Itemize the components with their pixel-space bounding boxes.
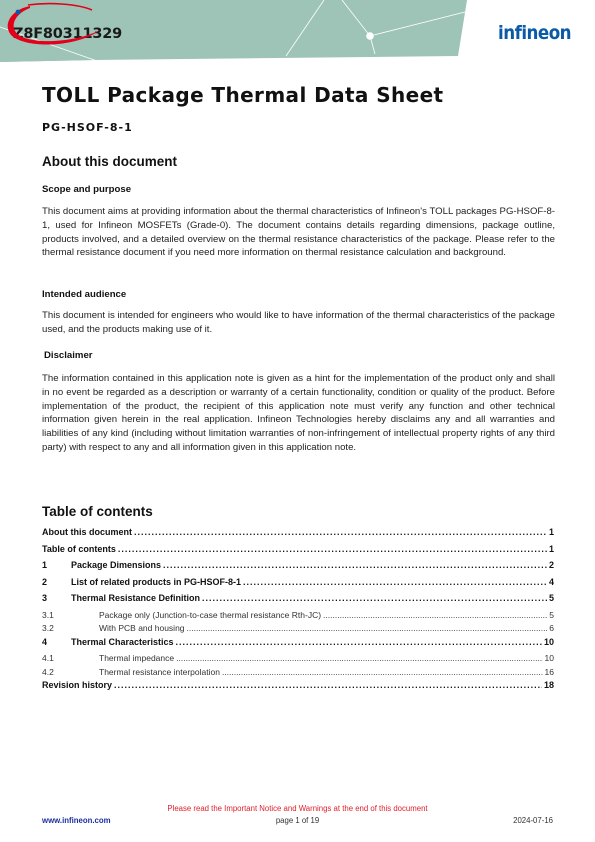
- disclaimer-heading: Disclaimer: [44, 350, 93, 361]
- toc-entry[interactable]: 3.1Package only (Junction-to-case therma…: [42, 610, 554, 624]
- document-date: 2024-07-16: [513, 816, 553, 825]
- toc-leader-dots: [243, 577, 547, 587]
- toc-entry-page: 10: [545, 653, 554, 663]
- toc-entry[interactable]: About this document1: [42, 527, 554, 544]
- page-number: page 1 of 19: [0, 816, 595, 825]
- toc-entry-page: 6: [549, 623, 554, 633]
- toc-entry-number: 3.2: [42, 623, 99, 633]
- table-of-contents: About this document1Table of contents11P…: [42, 527, 554, 697]
- toc-heading: Table of contents: [42, 504, 153, 519]
- important-notice: Please read the Important Notice and War…: [0, 804, 595, 813]
- toc-entry-page: 16: [545, 667, 554, 677]
- toc-entry-number: 3: [42, 593, 71, 603]
- toc-entry-label[interactable]: With PCB and housing: [99, 623, 185, 633]
- toc-leader-dots: [222, 667, 543, 677]
- audience-text: This document is intended for engineers …: [42, 309, 555, 337]
- toc-entry-number: 4.2: [42, 667, 99, 677]
- toc-leader-dots: [114, 680, 542, 690]
- toc-leader-dots: [176, 637, 542, 647]
- toc-entry-page: 5: [549, 593, 554, 603]
- logo-text: infineon: [498, 22, 571, 44]
- toc-entry[interactable]: Table of contents1: [42, 544, 554, 561]
- toc-leader-dots: [323, 610, 547, 620]
- toc-entry-page: 18: [544, 680, 554, 690]
- infineon-logo-icon: [0, 0, 102, 48]
- toc-entry-label[interactable]: Package only (Junction-to-case thermal r…: [99, 610, 321, 620]
- disclaimer-text: The information contained in this applic…: [42, 372, 555, 455]
- document-title: TOLL Package Thermal Data Sheet: [42, 83, 444, 107]
- toc-entry-page: 4: [549, 577, 554, 587]
- audience-heading: Intended audience: [42, 289, 126, 300]
- toc-entry-label[interactable]: Thermal Resistance Definition: [71, 593, 200, 603]
- toc-entry[interactable]: 4Thermal Characteristics10: [42, 637, 554, 654]
- scope-text: This document aims at providing informat…: [42, 205, 555, 260]
- toc-entry-page: 10: [544, 637, 554, 647]
- header-banner: Z8F80311329 infineon: [0, 0, 595, 66]
- toc-entry[interactable]: 3.2With PCB and housing6: [42, 623, 554, 637]
- scope-heading: Scope and purpose: [42, 184, 131, 195]
- about-heading: About this document: [42, 154, 177, 169]
- toc-entry[interactable]: 3Thermal Resistance Definition5: [42, 593, 554, 610]
- toc-entry[interactable]: 4.1Thermal impedance10: [42, 653, 554, 667]
- toc-entry-number: 3.1: [42, 610, 99, 620]
- toc-entry-page: 1: [549, 527, 554, 537]
- toc-entry-label[interactable]: Revision history: [42, 680, 112, 690]
- toc-entry-label[interactable]: Thermal resistance interpolation: [99, 667, 220, 677]
- toc-entry-page: 5: [549, 610, 554, 620]
- toc-entry-label[interactable]: About this document: [42, 527, 132, 537]
- toc-entry-page: 2: [549, 560, 554, 570]
- toc-entry-number: 2: [42, 577, 71, 587]
- toc-leader-dots: [118, 544, 547, 554]
- toc-entry-number: 1: [42, 560, 71, 570]
- toc-leader-dots: [134, 527, 547, 537]
- toc-entry-number: 4: [42, 637, 71, 647]
- toc-leader-dots: [187, 623, 548, 633]
- toc-entry-label[interactable]: Table of contents: [42, 544, 116, 554]
- toc-entry-label[interactable]: Thermal impedance: [99, 653, 174, 663]
- toc-entry-page: 1: [549, 544, 554, 554]
- toc-leader-dots: [176, 653, 542, 663]
- toc-entry[interactable]: 4.2Thermal resistance interpolation16: [42, 667, 554, 681]
- toc-entry-label[interactable]: Thermal Characteristics: [71, 637, 174, 647]
- toc-leader-dots: [163, 560, 547, 570]
- toc-entry-label[interactable]: Package Dimensions: [71, 560, 161, 570]
- document-subtitle: PG-HSOF-8-1: [42, 121, 133, 134]
- toc-leader-dots: [202, 593, 547, 603]
- toc-entry-label[interactable]: List of related products in PG-HSOF-8-1: [71, 577, 241, 587]
- toc-entry[interactable]: 2List of related products in PG-HSOF-8-1…: [42, 577, 554, 594]
- toc-entry-number: 4.1: [42, 653, 99, 663]
- toc-entry[interactable]: Revision history18: [42, 680, 554, 697]
- toc-entry[interactable]: 1Package Dimensions2: [42, 560, 554, 577]
